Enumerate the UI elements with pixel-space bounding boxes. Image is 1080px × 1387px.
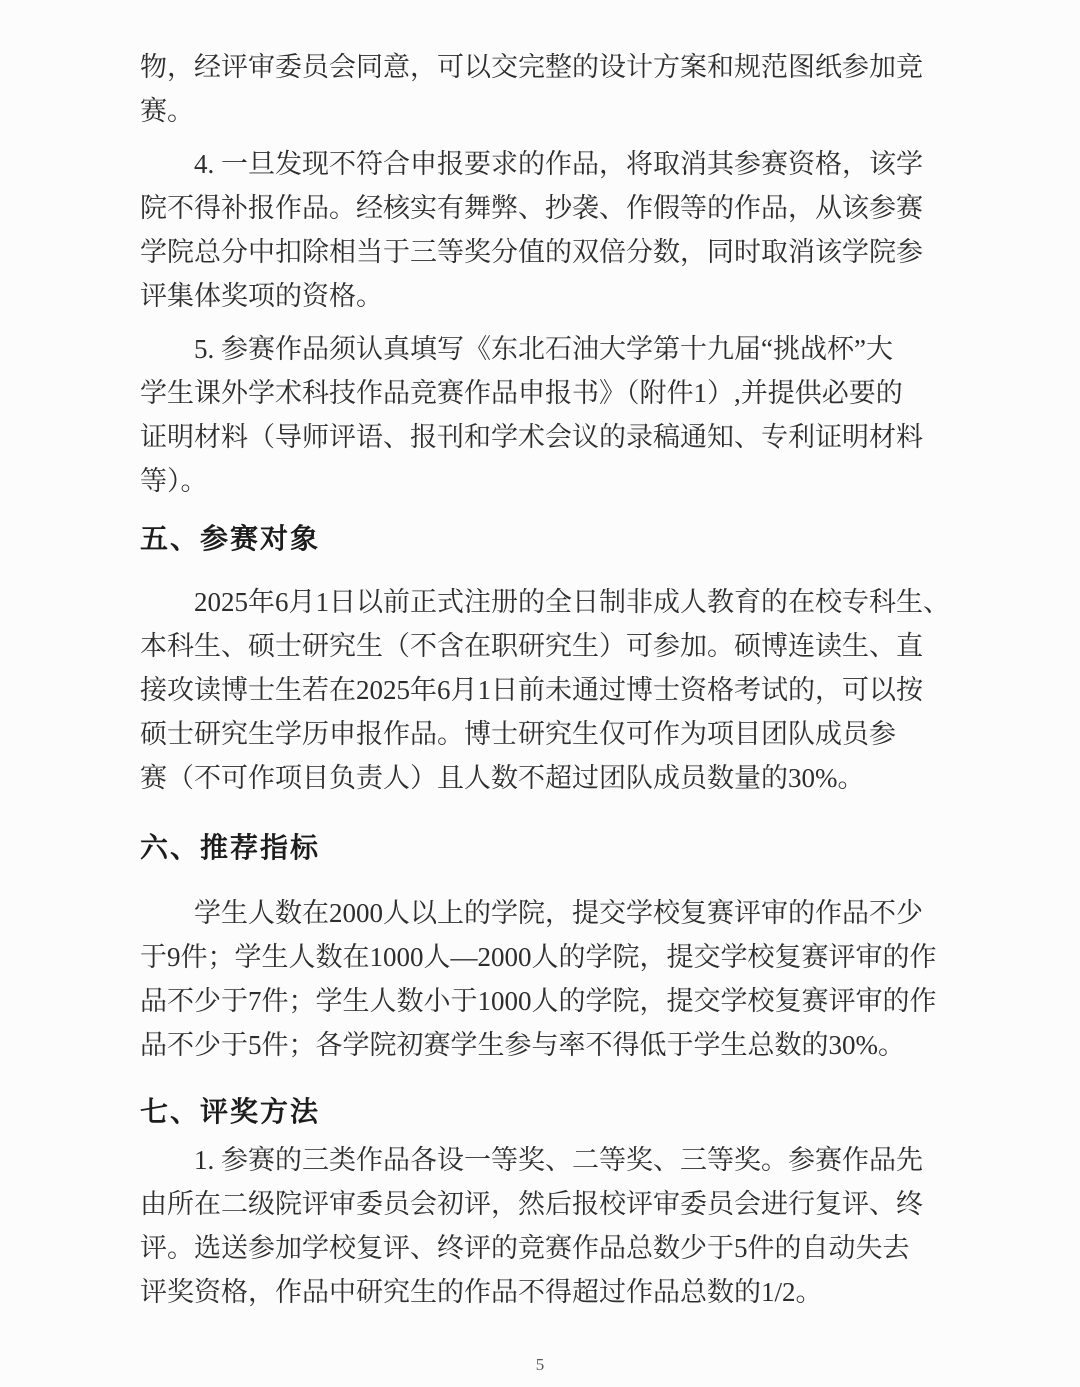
section-heading: 六、推荐指标	[140, 826, 924, 870]
paragraph: 4. 一旦发现不符合申报要求的作品，将取消其参赛资格，该学院不得补报作品。经核实…	[140, 142, 924, 318]
text-line: 学生课外学术科技作品竞赛作品申报书》（附件1）,并提供必要的	[140, 371, 924, 415]
text-line: 评奖资格，作品中研究生的作品不得超过作品总数的1/2。	[140, 1270, 924, 1314]
text-line: 于9件；学生人数在1000人—2000人的学院，提交学校复赛评审的作	[140, 935, 924, 979]
paragraph: 5. 参赛作品须认真填写《东北石油大学第十九届“挑战杯”大学生课外学术科技作品竞…	[140, 327, 924, 503]
text-line: 学院总分中扣除相当于三等奖分值的双倍分数，同时取消该学院参	[140, 230, 924, 274]
text-line: 院不得补报作品。经核实有舞弊、抄袭、作假等的作品，从该参赛	[140, 186, 924, 230]
text-line: 由所在二级院评审委员会初评，然后报校评审委员会进行复评、终	[140, 1182, 924, 1226]
text-line: 品不少于5件；各学院初赛学生参与率不得低于学生总数的30%。	[140, 1023, 924, 1067]
text-line: 学生人数在2000人以上的学院，提交学校复赛评审的作品不少	[140, 891, 924, 935]
text-line: 评。选送参加学校复评、终评的竞赛作品总数少于5件的自动失去	[140, 1226, 924, 1270]
text-line: 硕士研究生学历申报作品。博士研究生仅可作为项目团队成员参	[140, 712, 924, 756]
text-line: 2025年6月1日以前正式注册的全日制非成人教育的在校专科生、	[140, 580, 924, 624]
paragraph: 2025年6月1日以前正式注册的全日制非成人教育的在校专科生、本科生、硕士研究生…	[140, 580, 924, 800]
text-line: 物，经评审委员会同意，可以交完整的设计方案和规范图纸参加竞	[140, 45, 924, 89]
text-line: 评集体奖项的资格。	[140, 274, 924, 318]
section-heading: 七、评奖方法	[140, 1090, 924, 1134]
page-number: 5	[0, 1355, 1080, 1375]
text-line: 赛（不可作项目负责人）且人数不超过团队成员数量的30%。	[140, 756, 924, 800]
text-line: 1. 参赛的三类作品各设一等奖、二等奖、三等奖。参赛作品先	[140, 1138, 924, 1182]
paragraph: 学生人数在2000人以上的学院，提交学校复赛评审的作品不少于9件；学生人数在10…	[140, 891, 924, 1067]
document-page: 物，经评审委员会同意，可以交完整的设计方案和规范图纸参加竞赛。4. 一旦发现不符…	[0, 0, 1080, 1387]
text-line: 证明材料（导师评语、报刊和学术会议的录稿通知、专利证明材料	[140, 415, 924, 459]
section-heading: 五、参赛对象	[140, 517, 924, 561]
text-line: 接攻读博士生若在2025年6月1日前未通过博士资格考试的，可以按	[140, 668, 924, 712]
paragraph: 物，经评审委员会同意，可以交完整的设计方案和规范图纸参加竞赛。	[140, 45, 924, 133]
document-body: 物，经评审委员会同意，可以交完整的设计方案和规范图纸参加竞赛。4. 一旦发现不符…	[140, 45, 924, 1314]
text-line: 赛。	[140, 89, 924, 133]
text-line: 4. 一旦发现不符合申报要求的作品，将取消其参赛资格，该学	[140, 142, 924, 186]
paragraph: 1. 参赛的三类作品各设一等奖、二等奖、三等奖。参赛作品先由所在二级院评审委员会…	[140, 1138, 924, 1314]
text-line: 品不少于7件；学生人数小于1000人的学院，提交学校复赛评审的作	[140, 979, 924, 1023]
text-line: 5. 参赛作品须认真填写《东北石油大学第十九届“挑战杯”大	[140, 327, 924, 371]
text-line: 本科生、硕士研究生（不含在职研究生）可参加。硕博连读生、直	[140, 624, 924, 668]
text-line: 等）。	[140, 459, 924, 503]
